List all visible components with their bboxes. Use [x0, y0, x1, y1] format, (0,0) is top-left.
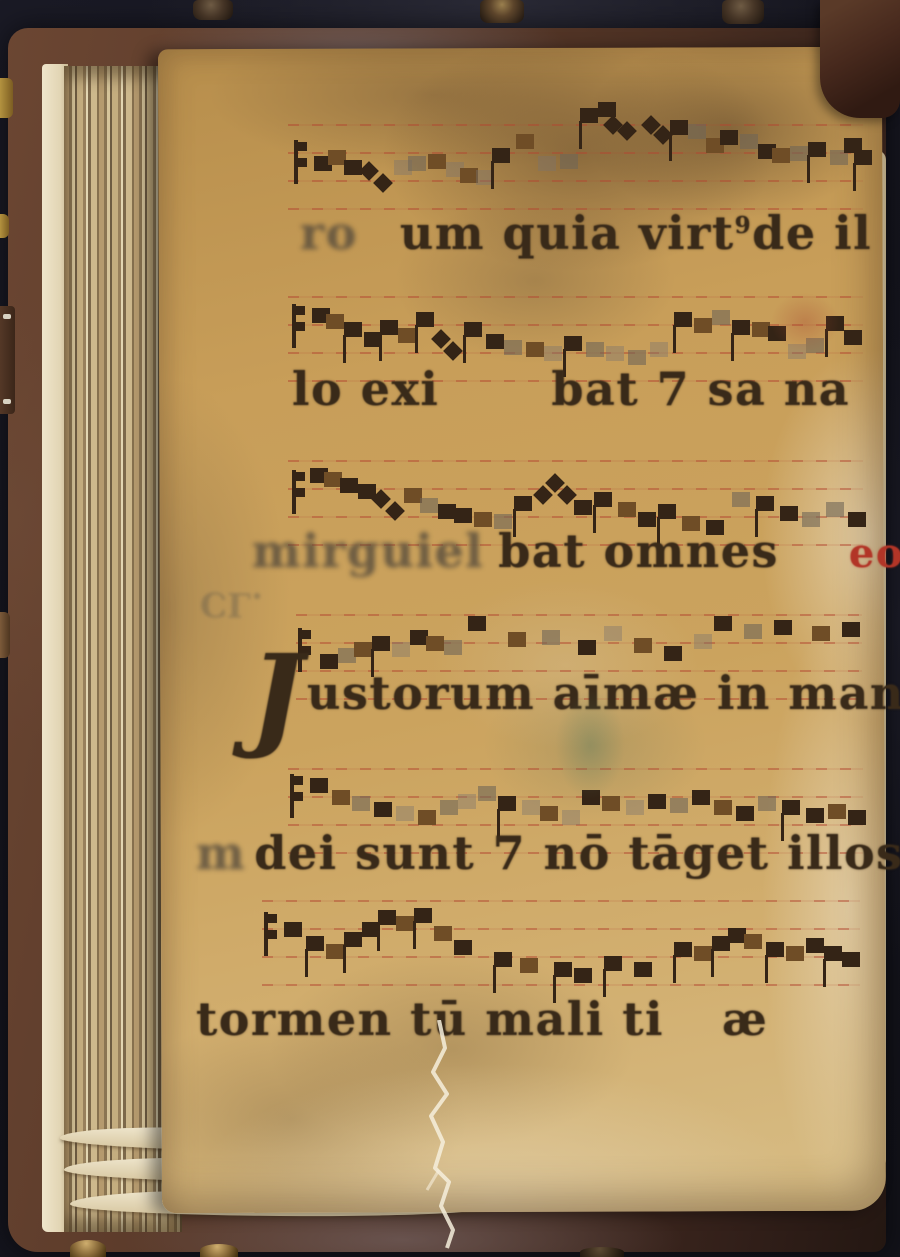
neume-square: [516, 134, 534, 149]
chant-text-line: mirguielbat omneseo.: [252, 524, 900, 578]
neume-square: [694, 946, 712, 961]
neume-square: [648, 794, 666, 809]
neume-square: [444, 640, 462, 655]
neume-square: [842, 952, 860, 967]
neume-square: [396, 806, 414, 821]
neume-square: [426, 636, 444, 651]
neume-square: [774, 620, 792, 635]
neume-virga: [378, 910, 396, 925]
neume-virga: [514, 496, 532, 511]
neume-square: [712, 310, 730, 325]
neume-virga: [414, 908, 432, 923]
red-corrosion-spots: [770, 292, 840, 352]
neume-virga: [464, 322, 482, 337]
neume-virga: [498, 796, 516, 811]
neume-square: [420, 498, 438, 513]
neume-clef: [264, 912, 268, 956]
neume-diamond: [373, 173, 393, 193]
neume-square: [408, 156, 426, 171]
chant-text: bat omnes: [498, 524, 779, 578]
neume-square: [332, 790, 350, 805]
neume-square: [604, 626, 622, 641]
neume-square: [664, 646, 682, 661]
neume-square: [758, 796, 776, 811]
neume-square: [806, 938, 824, 953]
clasp-knob: [722, 0, 764, 24]
neume-virga: [674, 942, 692, 957]
neume-square: [780, 506, 798, 521]
neume-virga: [854, 150, 872, 165]
neume-square: [398, 328, 416, 343]
neume-square: [688, 124, 706, 139]
neume-virga: [492, 148, 510, 163]
neume-diamond: [359, 161, 379, 181]
neume-square: [694, 634, 712, 649]
neume-virga: [674, 312, 692, 327]
neume-virga: [580, 108, 598, 123]
neume-square: [526, 342, 544, 357]
neume-square: [310, 778, 328, 793]
neume-square: [428, 154, 446, 169]
show-through-text: m: [196, 826, 246, 880]
chant-text-line: lo exibat 7 sa na: [292, 362, 850, 416]
neume-square: [352, 796, 370, 811]
neume-clef: [292, 470, 296, 514]
neume-square: [454, 508, 472, 523]
neume-square: [284, 922, 302, 937]
neume-square: [714, 616, 732, 631]
neume-virga: [808, 142, 826, 157]
show-through-reversed-text: CL.: [200, 583, 264, 624]
chant-text: 9: [735, 212, 753, 239]
neume-virga: [658, 504, 676, 519]
neume-square: [396, 916, 414, 931]
neume-virga: [766, 942, 784, 957]
chant-text: bat 7 sa na: [551, 362, 850, 416]
staff-line: [262, 928, 860, 930]
chant-text-line: roum quia virt9 de il: [300, 206, 872, 260]
neume-virga: [380, 320, 398, 335]
neume-square: [486, 334, 504, 349]
page-content: CL. roum quia virt9 de illo exibat 7 sa …: [0, 0, 900, 1257]
parchment-crack: [425, 1020, 475, 1250]
neume-square: [574, 500, 592, 515]
chant-text-line: tormen tū mali tiæ: [196, 992, 768, 1046]
neume-square: [586, 342, 604, 357]
neume-square: [326, 314, 344, 329]
neume-square: [844, 330, 862, 345]
brass-foot: [200, 1244, 238, 1257]
rubric-text: eo.: [849, 530, 900, 577]
neume-square: [418, 810, 436, 825]
staff-line: [288, 352, 863, 354]
neume-square: [344, 160, 362, 175]
neume-square: [720, 130, 738, 145]
music-stave: [262, 900, 860, 986]
staff-line: [288, 460, 863, 462]
staff-line: [288, 124, 863, 126]
green-stain: [555, 690, 625, 800]
neume-virga: [372, 636, 390, 651]
neume-square: [790, 146, 808, 161]
chant-text: um quia virt: [400, 206, 735, 260]
neume-square: [848, 810, 866, 825]
neume-square: [692, 790, 710, 805]
neume-square: [434, 926, 452, 941]
neume-square: [392, 642, 410, 657]
neume-square: [340, 478, 358, 493]
neume-square: [740, 134, 758, 149]
neume-square: [458, 794, 476, 809]
staff-line: [262, 900, 860, 902]
show-through-text: mirguiel: [252, 524, 484, 578]
neume-square: [736, 806, 754, 821]
neume-virga: [594, 492, 612, 507]
neume-square: [626, 800, 644, 815]
neume-clef: [292, 304, 296, 348]
neume-square: [538, 156, 556, 171]
neume-square: [440, 800, 458, 815]
neume-square: [806, 808, 824, 823]
neume-square: [354, 642, 372, 657]
neume-square: [578, 640, 596, 655]
neume-square: [478, 786, 496, 801]
staff-line: [288, 296, 863, 298]
neume-virga: [824, 946, 842, 961]
neume-square: [374, 802, 392, 817]
neume-square: [634, 962, 652, 977]
neume-square: [562, 810, 580, 825]
neume-virga: [306, 936, 324, 951]
neume-square: [520, 958, 538, 973]
staff-line: [288, 516, 863, 518]
neume-virga: [604, 956, 622, 971]
neume-virga: [344, 932, 362, 947]
chant-text-line: mdei sunt 7 nō tāget illos: [196, 826, 900, 880]
clasp-knob: [193, 0, 233, 20]
neume-square: [574, 968, 592, 983]
neume-virga: [670, 120, 688, 135]
brass-foot: [580, 1247, 624, 1257]
neume-virga: [732, 320, 750, 335]
neume-square: [560, 154, 578, 169]
neume-square: [650, 342, 668, 357]
neume-virga: [494, 952, 512, 967]
neume-square: [828, 804, 846, 819]
neume-square: [772, 148, 790, 163]
neume-square: [326, 944, 344, 959]
neume-square: [468, 616, 486, 631]
staff-line: [288, 796, 863, 798]
leather-corner-fold: [820, 0, 900, 118]
show-through-text: ro: [300, 206, 358, 260]
neume-square: [744, 934, 762, 949]
neume-virga: [416, 312, 434, 327]
neume-virga: [756, 496, 774, 511]
neume-virga: [554, 962, 572, 977]
chant-text: æ: [722, 992, 768, 1046]
neume-square: [744, 624, 762, 639]
neume-virga: [564, 336, 582, 351]
neume-clef: [290, 774, 294, 818]
neume-square: [540, 806, 558, 821]
brass-foot: [70, 1240, 106, 1257]
neume-square: [602, 796, 620, 811]
chant-text: de il: [752, 206, 872, 260]
neume-diamond: [443, 341, 463, 361]
neume-square: [522, 800, 540, 815]
clasp-knob: [480, 0, 524, 23]
chant-text: lo exi: [292, 362, 439, 416]
neume-square: [694, 318, 712, 333]
neume-square: [732, 492, 750, 507]
neume-virga: [782, 800, 800, 815]
neume-square: [786, 946, 804, 961]
neume-square: [504, 340, 522, 355]
neume-square: [670, 798, 688, 813]
neume-square: [826, 502, 844, 517]
neume-square: [542, 630, 560, 645]
neume-square: [618, 502, 636, 517]
neume-square: [508, 632, 526, 647]
neume-square: [812, 626, 830, 641]
neume-virga: [344, 322, 362, 337]
neume-square: [634, 638, 652, 653]
staff-line: [262, 984, 860, 986]
neume-square: [544, 346, 562, 361]
neume-square: [842, 622, 860, 637]
neume-clef: [294, 140, 298, 184]
manuscript-photo: CL. roum quia virt9 de illo exibat 7 sa …: [0, 0, 900, 1257]
neume-square: [714, 800, 732, 815]
chant-text: dei sunt 7 nō tāget illos: [254, 826, 900, 880]
neume-square: [454, 940, 472, 955]
staff-line: [296, 614, 862, 616]
music-stave: [288, 124, 863, 210]
neume-square: [606, 346, 624, 361]
